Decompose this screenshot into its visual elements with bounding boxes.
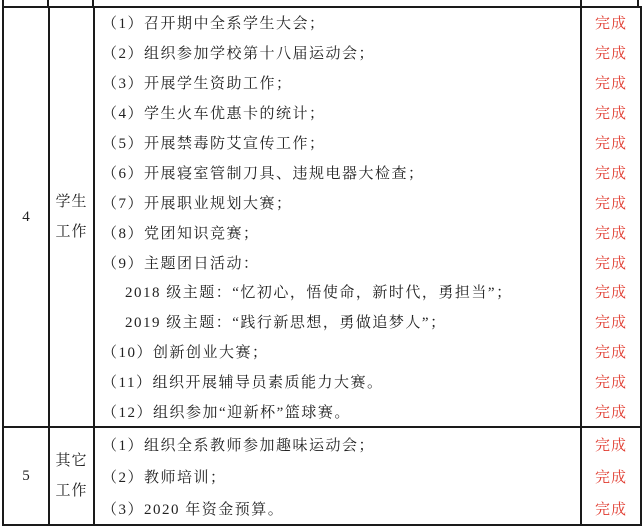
row-category: 其它 工作 xyxy=(49,427,94,525)
task-list-cell: （1）组织全系教师参加趣味运动会； （2）教师培训； （3）2020 年资金预算… xyxy=(94,427,581,525)
status-label: 完成 xyxy=(582,428,640,460)
row-index: 5 xyxy=(3,427,49,525)
task-item: （12）组织参加“迎新杯”篮球赛。 xyxy=(95,397,580,427)
task-item: （9）主题团日活动： xyxy=(95,247,580,277)
status-label: 完成 xyxy=(582,217,640,247)
status-label: 完成 xyxy=(582,307,640,337)
task-item: （6）开展寝室管制刀具、违规电器大检查； xyxy=(95,157,580,187)
status-label: 完成 xyxy=(582,367,640,397)
status-label: 完成 xyxy=(582,157,640,187)
task-item: （8）党团知识竞赛； xyxy=(95,217,580,247)
task-item: （5）开展禁毒防艾宣传工作； xyxy=(95,128,580,158)
status-label: 完成 xyxy=(582,187,640,217)
status-cell: 完成 完成 完成 xyxy=(581,427,641,525)
row-index: 4 xyxy=(3,7,49,427)
task-item: （3）2020 年资金预算。 xyxy=(95,492,580,524)
status-label: 完成 xyxy=(582,277,640,307)
status-label: 完成 xyxy=(582,68,640,98)
work-report-table: 4 学生 工作 （1）召开期中全系学生大会； （2）组织参加学校第十八届运动会；… xyxy=(2,6,642,526)
row-category: 学生 工作 xyxy=(49,7,94,427)
status-label: 完成 xyxy=(582,38,640,68)
task-item: （1）组织全系教师参加趣味运动会； xyxy=(95,428,580,460)
status-label: 完成 xyxy=(582,337,640,367)
category-line: 工作 xyxy=(50,476,93,506)
status-label: 完成 xyxy=(582,397,640,427)
status-label: 完成 xyxy=(582,8,640,38)
task-item: （1）召开期中全系学生大会； xyxy=(95,8,580,38)
task-item: （2）组织参加学校第十八届运动会； xyxy=(95,38,580,68)
category-line: 其它 xyxy=(50,446,93,476)
task-item: （7）开展职业规划大赛； xyxy=(95,187,580,217)
task-subitem: 2018 级主题：“忆初心，悟使命，新时代，勇担当”； xyxy=(95,277,580,307)
task-item: （4）学生火车优惠卡的统计； xyxy=(95,98,580,128)
status-label: 完成 xyxy=(582,98,640,128)
status-label: 完成 xyxy=(582,128,640,158)
task-list-cell: （1）召开期中全系学生大会； （2）组织参加学校第十八届运动会； （3）开展学生… xyxy=(94,7,581,427)
task-subitem: 2019 级主题：“践行新思想，勇做追梦人”； xyxy=(95,307,580,337)
task-item: （3）开展学生资助工作； xyxy=(95,68,580,98)
category-line: 工作 xyxy=(50,217,93,247)
task-item: （11）组织开展辅导员素质能力大赛。 xyxy=(95,367,580,397)
category-line: 学生 xyxy=(50,187,93,217)
table-row-other-work: 5 其它 工作 （1）组织全系教师参加趣味运动会； （2）教师培训； （3）20… xyxy=(3,427,641,525)
table-row-student-work: 4 学生 工作 （1）召开期中全系学生大会； （2）组织参加学校第十八届运动会；… xyxy=(3,7,641,427)
status-label: 完成 xyxy=(582,460,640,492)
status-cell: 完成 完成 完成 完成 完成 完成 完成 完成 完成 完成 完成 完成 完成 完… xyxy=(581,7,641,427)
document-page: 4 学生 工作 （1）召开期中全系学生大会； （2）组织参加学校第十八届运动会；… xyxy=(0,0,643,530)
status-label: 完成 xyxy=(582,492,640,524)
task-item: （2）教师培训； xyxy=(95,460,580,492)
status-label: 完成 xyxy=(582,247,640,277)
task-item: （10）创新创业大赛； xyxy=(95,337,580,367)
